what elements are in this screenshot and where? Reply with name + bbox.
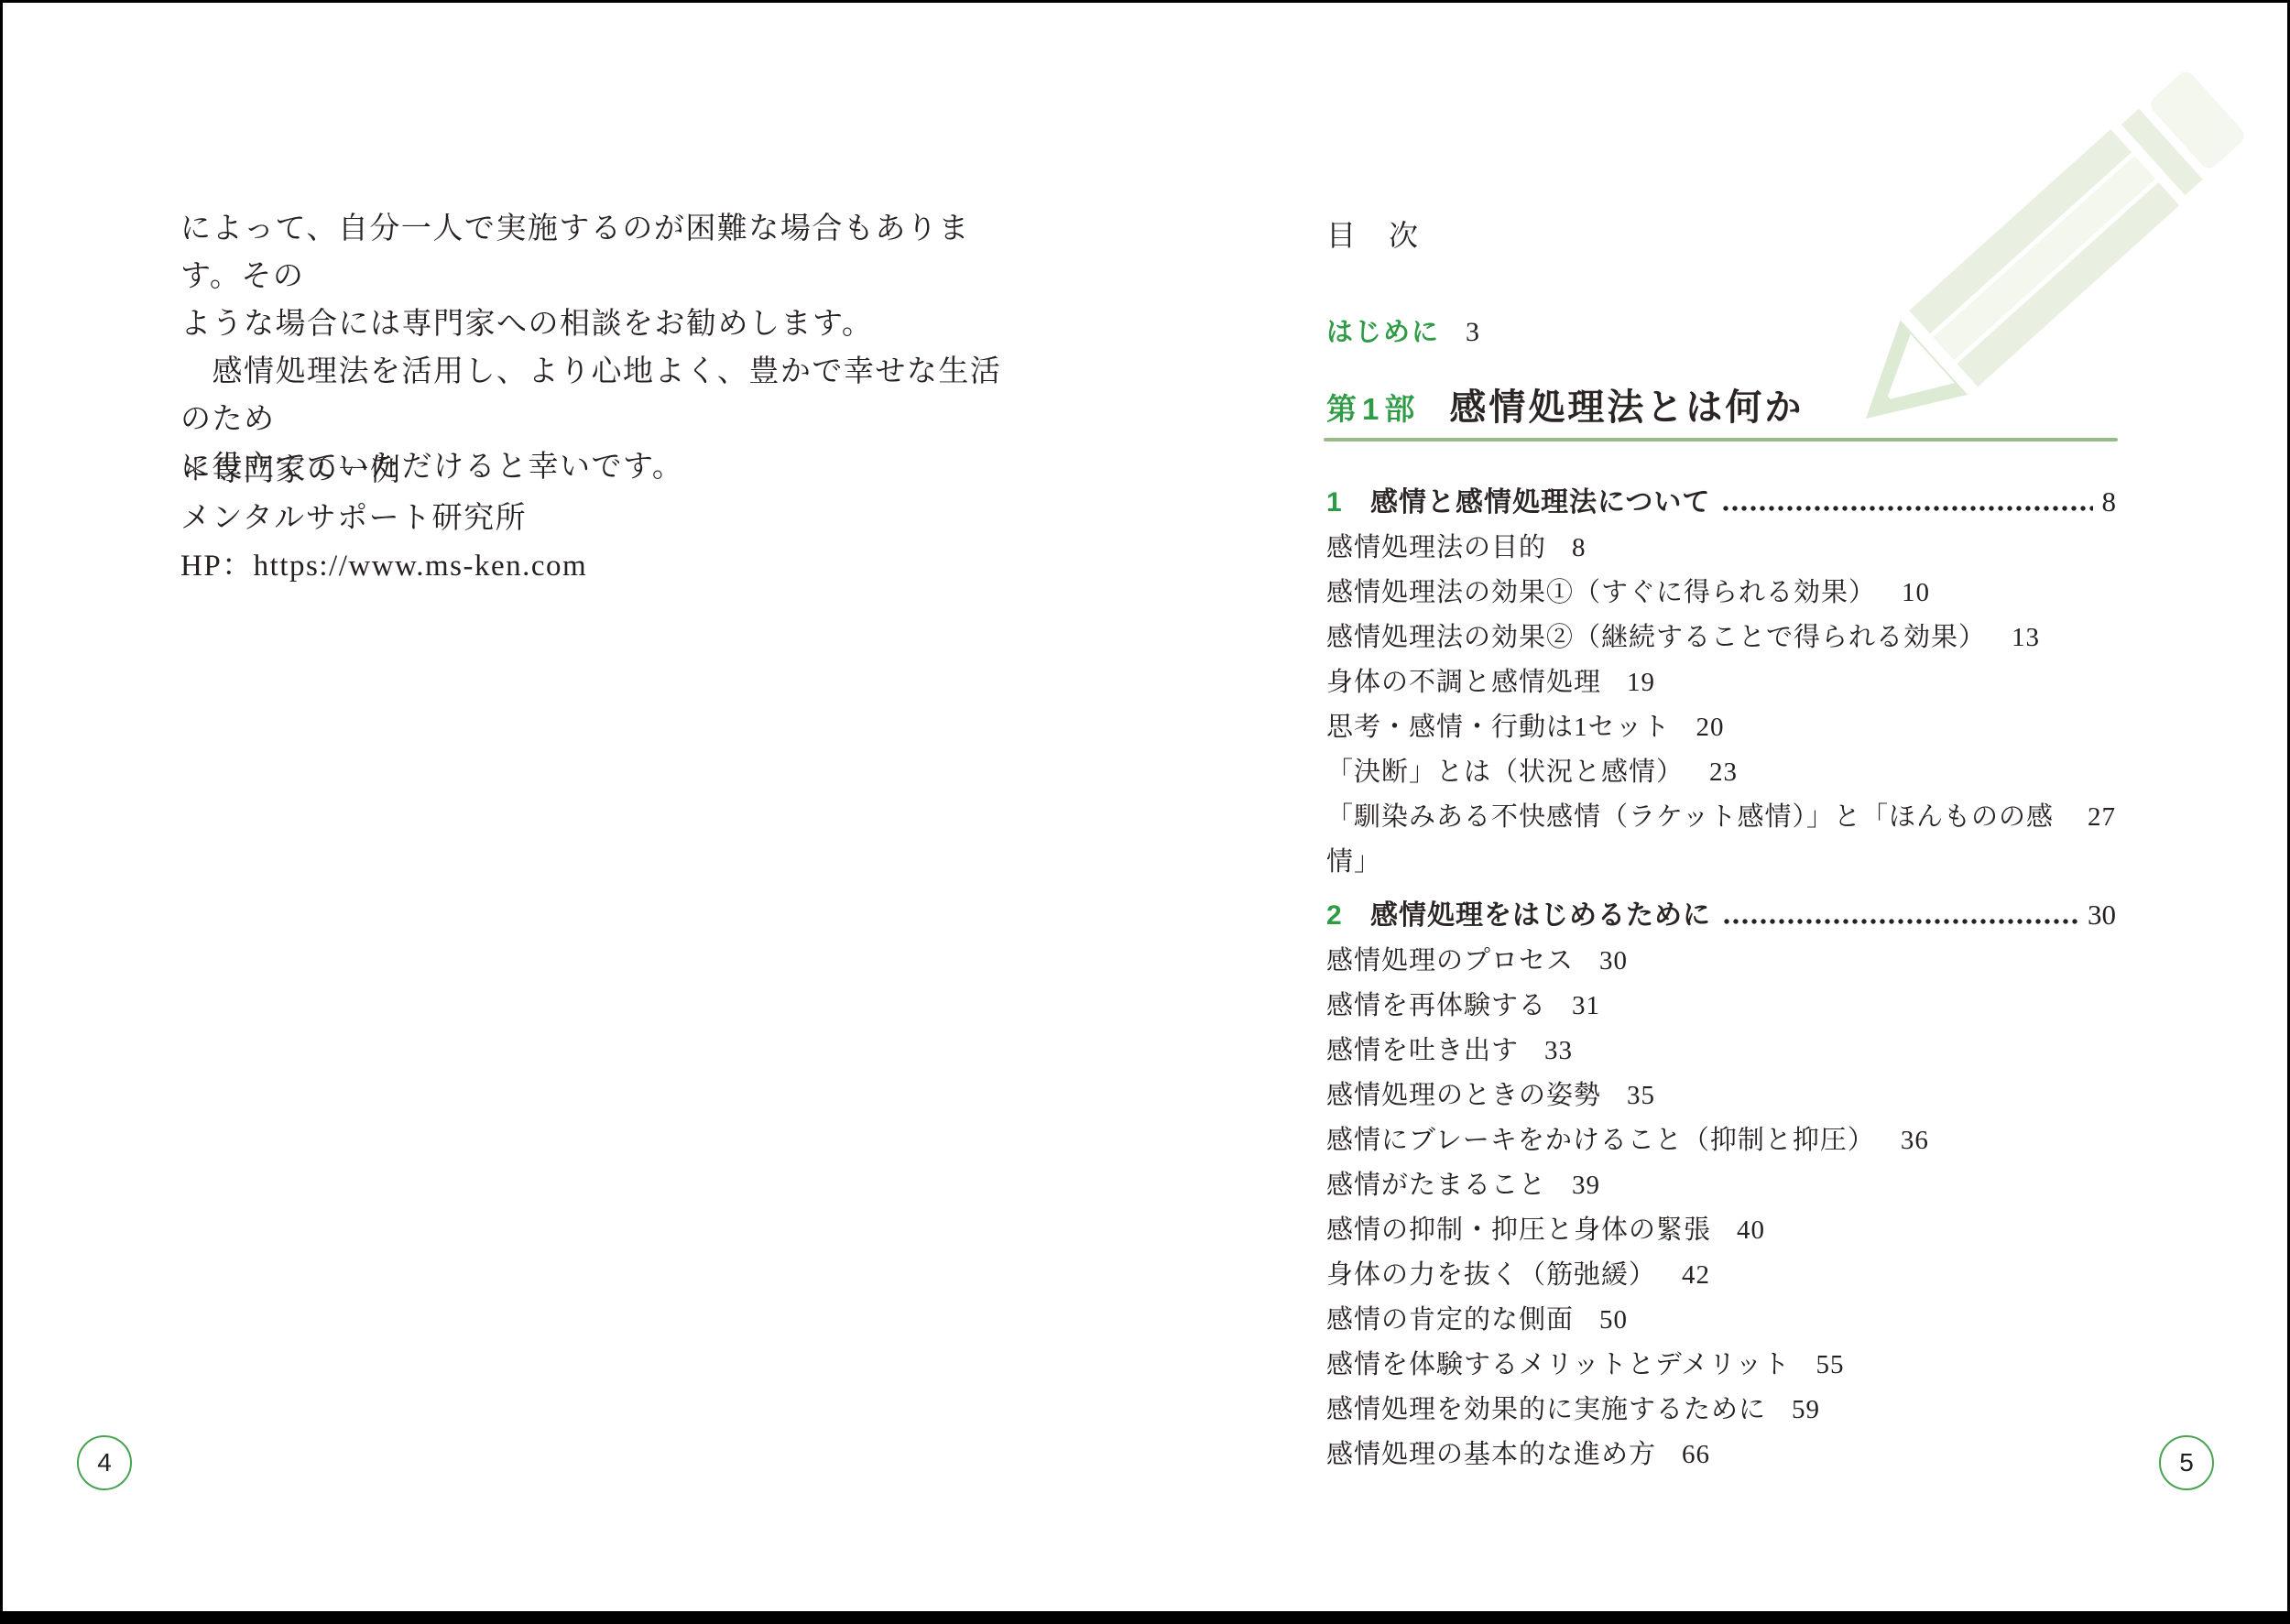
toc-item-page: 35	[1627, 1074, 1655, 1118]
dotted-leader	[1723, 506, 2092, 511]
expert-note: ＊専門家の一例 メンタルサポート研究所 HP：https://www.ms-ke…	[180, 447, 1005, 590]
toc-item-title: 感情処理を効果的に実施するために	[1326, 1388, 1766, 1433]
paragraph-line: によって、自分一人で実施するのが困難な場合もあります。その	[180, 205, 1005, 300]
toc-item: 「決断」とは（状況と感情） 23	[1326, 750, 2116, 795]
toc-section-page: 30	[2088, 891, 2116, 939]
toc-title: 目 次	[1326, 213, 1420, 255]
toc-item-page: 19	[1627, 660, 1655, 705]
toc-item: 感情の抑制・抑圧と身体の緊張 40	[1326, 1208, 2116, 1253]
toc-item: 感情を体験するメリットとデメリット 55	[1326, 1343, 2116, 1388]
toc-item-page: 33	[1544, 1029, 1573, 1074]
pencil-illustration	[1818, 5, 2290, 449]
toc-item-page: 30	[1599, 939, 1628, 984]
toc-item-title: 感情処理法の目的	[1326, 526, 1546, 571]
part-heading: 第1部 感情処理法とは何か	[1326, 378, 1804, 431]
toc-item-page: 39	[1572, 1163, 1600, 1208]
toc-item: 感情処理のプロセス 30	[1326, 939, 2116, 984]
toc-item-page: 31	[1572, 984, 1600, 1029]
toc-item-title: 感情処理法の効果②（継続することで得られる効果）	[1326, 616, 1986, 660]
toc-intro-page: 3	[1466, 317, 1479, 348]
toc-item-page: 50	[1599, 1298, 1628, 1343]
part-label: 第1部	[1326, 386, 1420, 429]
toc-item-title: 「馴染みある不快感情（ラケット感情）」と「ほんものの感情」	[1326, 795, 2062, 885]
toc-item-title: 「決断」とは（状況と感情）	[1326, 750, 1684, 795]
toc-item: 感情処理法の効果②（継続することで得られる効果） 13	[1326, 616, 2116, 660]
toc-item-title: 感情の肯定的な側面	[1326, 1298, 1574, 1343]
scan-border-left	[0, 0, 3, 1624]
toc-item: 身体の力を抜く（筋弛緩） 42	[1326, 1253, 2116, 1298]
part-heading-underline	[1324, 438, 2118, 441]
toc-item-page: 59	[1792, 1388, 1820, 1433]
note-line: HP：https://www.ms-ken.com	[180, 542, 1005, 590]
toc-item: 感情がたまること 39	[1326, 1163, 2116, 1208]
toc-item-title: 思考・感情・行動は1セット	[1326, 705, 1671, 750]
toc-intro-row: はじめに 3	[1326, 311, 1479, 349]
toc-item-page: 66	[1682, 1433, 1710, 1477]
toc-item-title: 感情処理の基本的な進め方	[1326, 1433, 1656, 1477]
toc-item-page: 20	[1696, 705, 1725, 750]
toc-section-title: 感情処理をはじめるために	[1370, 892, 1711, 940]
page-number-right-value: 5	[2179, 1448, 2194, 1477]
toc-item: 感情処理の基本的な進め方 66	[1326, 1433, 2116, 1477]
toc-item-title: 感情を体験するメリットとデメリット	[1326, 1343, 1791, 1388]
toc-item-page: 8	[1572, 526, 1587, 571]
note-line: メンタルサポート研究所	[180, 495, 1005, 542]
scan-border-bottom	[0, 1611, 2290, 1624]
toc-item: 思考・感情・行動は1セット 20	[1326, 705, 2116, 750]
toc-item-page: 13	[2012, 616, 2040, 660]
toc-item-title: 感情処理のプロセス	[1326, 939, 1574, 984]
toc-item-page: 42	[1682, 1253, 1710, 1298]
toc-item-page: 27	[2088, 795, 2116, 840]
page-number-left-value: 4	[97, 1448, 112, 1477]
toc-section-heading: 2 感情処理をはじめるために 30	[1326, 891, 2116, 939]
toc-item: 感情処理法の効果①（すぐに得られる効果） 10	[1326, 571, 2116, 616]
dotted-leader	[1724, 919, 2078, 924]
toc-item-title: 感情にブレーキをかけること（抑制と抑圧）	[1326, 1118, 1875, 1163]
toc-section-number: 2	[1326, 892, 1370, 940]
toc-item: 感情処理のときの姿勢 35	[1326, 1074, 2116, 1118]
toc-section-number: 1	[1326, 479, 1370, 527]
scan-border-top	[0, 0, 2290, 3]
pencil-icon	[1818, 5, 2290, 449]
toc-item: 感情を再体験する 31	[1326, 984, 2116, 1029]
toc-item-title: 感情を再体験する	[1326, 984, 1546, 1029]
toc-item-title: 身体の力を抜く（筋弛緩）	[1326, 1253, 1656, 1298]
toc-item-title: 感情処理法の効果①（すぐに得られる効果）	[1326, 571, 1876, 616]
toc-item: 「馴染みある不快感情（ラケット感情）」と「ほんものの感情」 27	[1326, 795, 2116, 840]
toc-intro-label: はじめに	[1326, 311, 1440, 349]
toc-item-title: 感情の抑制・抑圧と身体の緊張	[1326, 1208, 1711, 1253]
toc-item: 感情の肯定的な側面 50	[1326, 1298, 2116, 1343]
paragraph-line: 感情処理法を活用し、より心地よく、豊かで幸せな生活のため	[180, 348, 1005, 443]
toc-item: 感情を吐き出す 33	[1326, 1029, 2116, 1074]
toc-item-title: 感情がたまること	[1326, 1163, 1546, 1208]
toc-item: 感情処理を効果的に実施するために 59	[1326, 1388, 2116, 1433]
toc-list: 1 感情と感情処理法について 8 感情処理法の目的 8 感情処理法の効果①（すぐ…	[1326, 478, 2116, 1477]
toc-section-heading: 1 感情と感情処理法について 8	[1326, 478, 2116, 526]
toc-item-page: 23	[1709, 750, 1738, 795]
toc-item: 身体の不調と感情処理 19	[1326, 660, 2116, 705]
page-number-right: 5	[2159, 1435, 2214, 1490]
page-number-left: 4	[77, 1435, 132, 1490]
toc-item-title: 感情を吐き出す	[1326, 1029, 1519, 1074]
toc-section-page: 8	[2102, 478, 2117, 526]
note-line: ＊専門家の一例	[180, 447, 1005, 495]
toc-item-page: 10	[1902, 571, 1930, 616]
toc-item: 感情処理法の目的 8	[1326, 526, 2116, 571]
toc-section-title: 感情と感情処理法について	[1370, 479, 1710, 527]
toc-item-title: 感情処理のときの姿勢	[1326, 1074, 1601, 1118]
toc-item-page: 36	[1901, 1118, 1929, 1163]
toc-item-title: 身体の不調と感情処理	[1326, 660, 1601, 705]
toc-item: 感情にブレーキをかけること（抑制と抑圧） 36	[1326, 1118, 2116, 1163]
toc-item-page: 40	[1737, 1208, 1765, 1253]
part-title: 感情処理法とは何か	[1449, 378, 1804, 431]
toc-item-page: 55	[1816, 1343, 1845, 1388]
paragraph-line: ような場合には専門家への相談をお勧めします。	[180, 300, 1005, 348]
